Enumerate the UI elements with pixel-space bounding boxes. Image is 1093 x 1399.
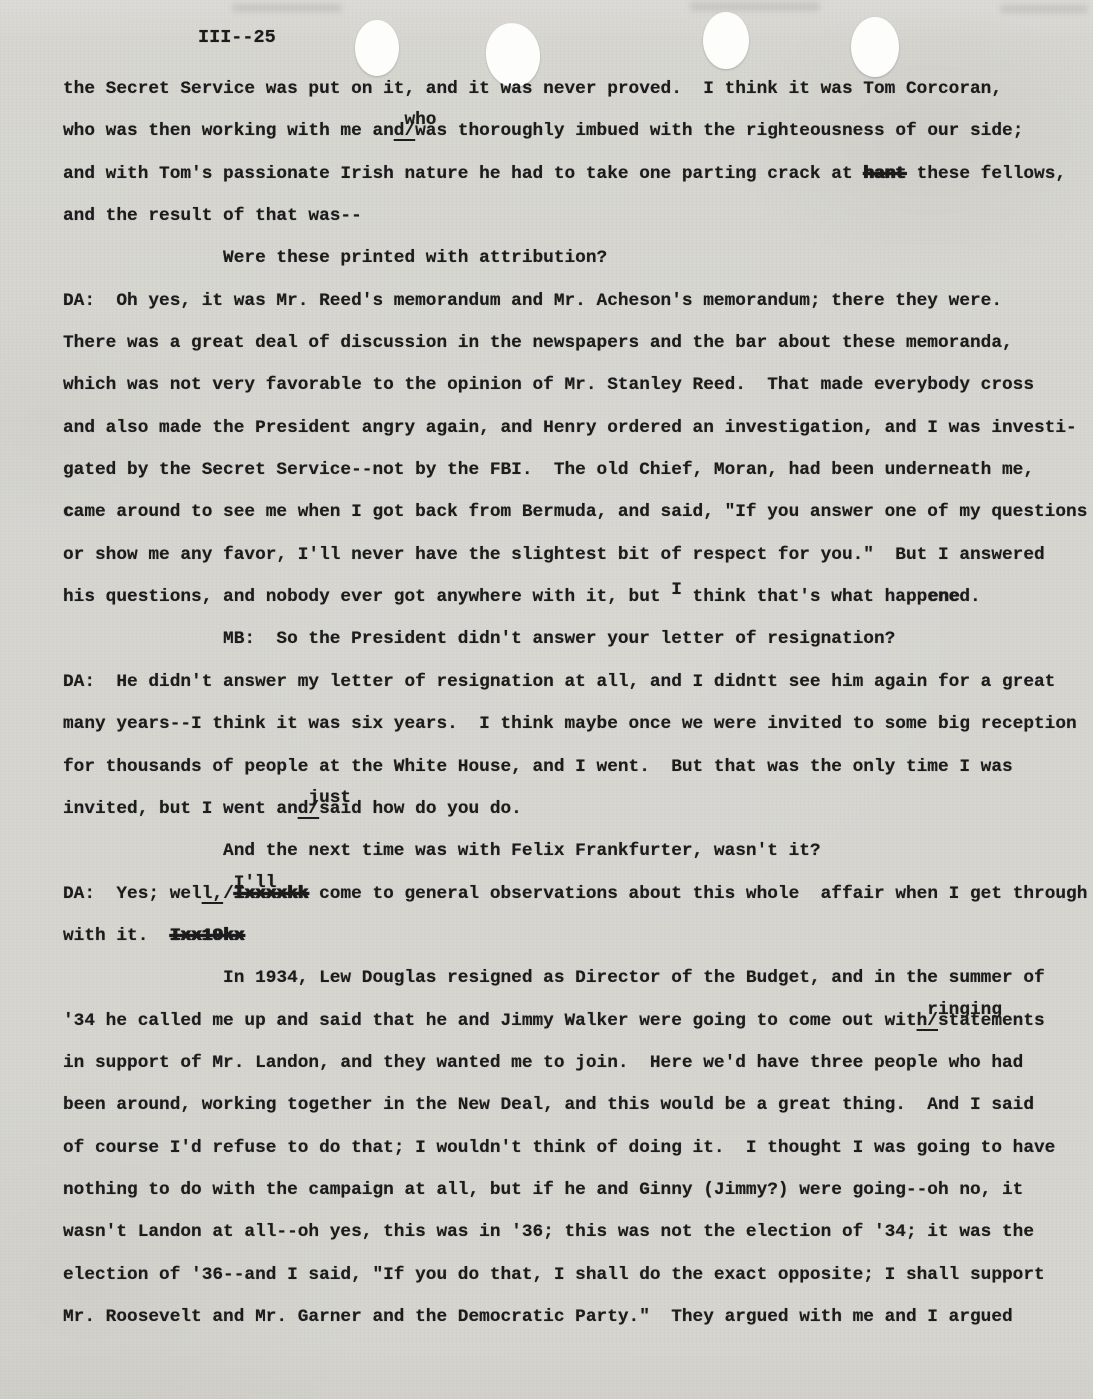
- transcript-line: In 1934, Lew Douglas resigned as Directo…: [63, 957, 1093, 999]
- transcript-line: been around, working together in the New…: [63, 1084, 1093, 1126]
- line-text: invited, but I went an: [63, 799, 298, 819]
- transcript-line: ringing'34 he called me up and said that…: [63, 1000, 1093, 1042]
- line-text: ame around to see me when I got back fro…: [74, 502, 1088, 522]
- transcript-line: gated by the Secret Service--not by the …: [63, 449, 1093, 491]
- transcript-line: justinvited, but I went and/said how do …: [63, 788, 1093, 830]
- transcript-line: or show me any favor, I'll never have th…: [63, 534, 1093, 576]
- line-text: and with Tom's passionate Irish nature h…: [63, 164, 863, 184]
- page-number: III--25: [198, 27, 276, 48]
- line-text: who was then working with me an: [63, 121, 394, 141]
- scan-smudge: [690, 2, 820, 11]
- overtyped-text: ene: [927, 587, 959, 607]
- transcript-line: Were these printed with attribution?: [63, 237, 1093, 279]
- line-text: DA: Yes; wel: [63, 884, 202, 904]
- line-text: his questions, and nobody ever got anywh…: [63, 587, 671, 607]
- overtyped-text: c: [63, 502, 74, 522]
- transcript-line: DA: He didn't answer my letter of resign…: [63, 661, 1093, 703]
- inserted-word: ringing: [927, 1001, 1002, 1021]
- transcript-line: election of '36--and I said, "If you do …: [63, 1254, 1093, 1296]
- scan-smudge: [232, 4, 342, 12]
- transcript-line: with it. Ixx19kx: [63, 915, 1093, 957]
- line-text: think that's what happ: [682, 587, 927, 607]
- caret-underline: l,: [202, 884, 223, 904]
- struck-text: hant: [863, 164, 906, 184]
- line-text: come to general observations about this …: [308, 884, 1087, 904]
- inserted-word: just: [308, 789, 351, 809]
- transcript-line: and also made the President angry again,…: [63, 407, 1093, 449]
- transcript-line: And the next time was with Felix Frankfu…: [63, 830, 1093, 872]
- transcript-body: the Secret Service was put on it, and it…: [63, 68, 1093, 1338]
- line-text: '34 he called me up and said that he and…: [63, 1011, 917, 1031]
- transcript-line: wasn't Landon at all--oh yes, this was i…: [63, 1211, 1093, 1253]
- transcript-line: and with Tom's passionate Irish nature h…: [63, 153, 1093, 195]
- transcript-line: MB: So the President didn't answer your …: [63, 618, 1093, 660]
- transcript-line: his questions, and nobody ever got anywh…: [63, 576, 1093, 618]
- transcript-line: There was a great deal of discussion in …: [63, 322, 1093, 364]
- transcript-line: I'llDA: Yes; well,/Ixxxxkk come to gener…: [63, 873, 1093, 915]
- transcript-line: of course I'd refuse to do that; I would…: [63, 1127, 1093, 1169]
- transcript-line: Mr. Roosevelt and Mr. Garner and the Dem…: [63, 1296, 1093, 1338]
- transcript-line: nothing to do with the campaign at all, …: [63, 1169, 1093, 1211]
- scan-smudge: [1000, 5, 1088, 13]
- transcript-line: whowho was then working with me and/was …: [63, 110, 1093, 152]
- line-text: these fellows,: [906, 164, 1066, 184]
- line-text: d.: [959, 587, 980, 607]
- transcript-line: for thousands of people at the White Hou…: [63, 746, 1093, 788]
- struck-text: Ixx19kx: [170, 926, 245, 946]
- transcript-line: many years--I think it was six years. I …: [63, 703, 1093, 745]
- line-text: was thoroughly imbued with the righteous…: [415, 121, 1023, 141]
- transcript-line: DA: Oh yes, it was Mr. Reed's memorandum…: [63, 280, 1093, 322]
- transcript-line: and the result of that was--: [63, 195, 1093, 237]
- line-text: /: [223, 884, 234, 904]
- transcript-line: in support of Mr. Landon, and they wante…: [63, 1042, 1093, 1084]
- document-page: III--25 the Secret Service was put on it…: [0, 0, 1093, 1399]
- inserted-word: I'll: [234, 874, 277, 894]
- punch-hole: [703, 12, 749, 69]
- line-text: with it.: [63, 926, 170, 946]
- raised-char: I: [671, 580, 682, 600]
- transcript-line: came around to see me when I got back fr…: [63, 491, 1093, 533]
- transcript-line: which was not very favorable to the opin…: [63, 364, 1093, 406]
- transcript-line: the Secret Service was put on it, and it…: [63, 68, 1093, 110]
- inserted-word: who: [404, 111, 436, 131]
